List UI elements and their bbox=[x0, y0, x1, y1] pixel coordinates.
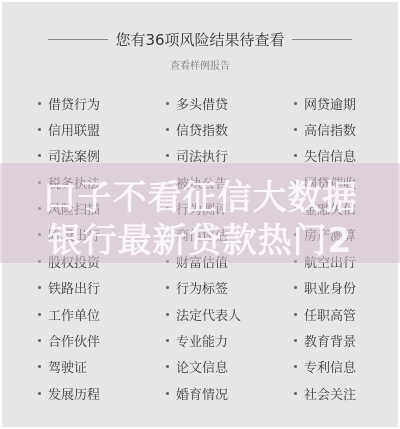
risk-item: 合作伙伴 bbox=[38, 330, 166, 352]
risk-item-label: 论文信息 bbox=[176, 357, 228, 376]
promo-banner-line-1: 口子不看征信大数据 bbox=[0, 170, 400, 219]
bullet-icon bbox=[294, 154, 297, 157]
risk-item-label: 职业身份 bbox=[304, 278, 356, 297]
risk-item-label: 工作单位 bbox=[48, 305, 100, 324]
bullet-icon bbox=[166, 128, 169, 131]
bullet-icon bbox=[294, 365, 297, 368]
risk-item: 社会关注 bbox=[294, 382, 398, 404]
risk-item-label: 专业能力 bbox=[176, 331, 228, 350]
risk-item-label: 高信指数 bbox=[304, 120, 356, 139]
view-sample-report-link[interactable]: 查看样例报告 bbox=[0, 57, 400, 72]
bullet-icon bbox=[38, 365, 41, 368]
bullet-icon bbox=[294, 313, 297, 316]
risk-item-label: 婚育情况 bbox=[176, 384, 228, 403]
risk-item: 信用联盟 bbox=[38, 118, 166, 140]
risk-item: 网贷逾期 bbox=[294, 92, 398, 114]
risk-item-label: 信贷指数 bbox=[176, 120, 228, 139]
bullet-icon bbox=[294, 392, 297, 395]
risk-item-label: 信用联盟 bbox=[48, 120, 100, 139]
risk-item: 借贷行为 bbox=[38, 92, 166, 114]
bullet-icon bbox=[294, 339, 297, 342]
bullet-icon bbox=[38, 313, 41, 316]
risk-item-label: 驾驶证 bbox=[48, 357, 87, 376]
risk-item: 高信指数 bbox=[294, 118, 398, 140]
risk-item: 铁路出行 bbox=[38, 277, 166, 299]
header: 您有36项风险结果待查看 bbox=[0, 27, 400, 51]
bullet-icon bbox=[38, 128, 41, 131]
page-title: 您有36项风险结果待查看 bbox=[115, 29, 284, 50]
bullet-icon bbox=[38, 286, 41, 289]
bullet-icon bbox=[166, 313, 169, 316]
risk-item-label: 发展历程 bbox=[48, 384, 100, 403]
bullet-icon bbox=[166, 339, 169, 342]
risk-item: 论文信息 bbox=[166, 356, 294, 378]
risk-item-label: 行为标签 bbox=[176, 278, 228, 297]
risk-item: 驾驶证 bbox=[38, 356, 166, 378]
divider-left bbox=[48, 39, 108, 40]
risk-item-label: 专利信息 bbox=[304, 357, 356, 376]
risk-item: 任职高管 bbox=[294, 303, 398, 325]
risk-item: 行为标签 bbox=[166, 277, 294, 299]
promo-banner-line-2: 银行最新贷款热门2 bbox=[0, 213, 400, 262]
bullet-icon bbox=[38, 339, 41, 342]
risk-item: 法定代表人 bbox=[166, 303, 294, 325]
bullet-icon bbox=[294, 286, 297, 289]
risk-item: 专利信息 bbox=[294, 356, 398, 378]
risk-item: 教育背景 bbox=[294, 330, 398, 352]
risk-item-label: 合作伙伴 bbox=[48, 331, 100, 350]
bullet-icon bbox=[166, 154, 169, 157]
risk-item-label: 任职高管 bbox=[304, 305, 356, 324]
risk-item-label: 社会关注 bbox=[304, 384, 356, 403]
bullet-icon bbox=[166, 102, 169, 105]
risk-item-label: 法定代表人 bbox=[176, 305, 241, 324]
bullet-icon bbox=[38, 154, 41, 157]
bullet-icon bbox=[166, 365, 169, 368]
bullet-icon bbox=[166, 286, 169, 289]
risk-item: 发展历程 bbox=[38, 382, 166, 404]
bullet-icon bbox=[294, 102, 297, 105]
risk-item-label: 教育背景 bbox=[304, 331, 356, 350]
risk-item-label: 多头借贷 bbox=[176, 94, 228, 113]
bullet-icon bbox=[38, 102, 41, 105]
risk-item-label: 网贷逾期 bbox=[304, 94, 356, 113]
risk-item: 信贷指数 bbox=[166, 118, 294, 140]
risk-item: 工作单位 bbox=[38, 303, 166, 325]
risk-item-label: 借贷行为 bbox=[48, 94, 100, 113]
risk-item: 婚育情况 bbox=[166, 382, 294, 404]
divider-right bbox=[292, 39, 352, 40]
risk-item: 多头借贷 bbox=[166, 92, 294, 114]
risk-item-label: 铁路出行 bbox=[48, 278, 100, 297]
bullet-icon bbox=[38, 392, 41, 395]
bullet-icon bbox=[166, 392, 169, 395]
risk-item: 专业能力 bbox=[166, 330, 294, 352]
bullet-icon bbox=[294, 128, 297, 131]
risk-item: 职业身份 bbox=[294, 277, 398, 299]
